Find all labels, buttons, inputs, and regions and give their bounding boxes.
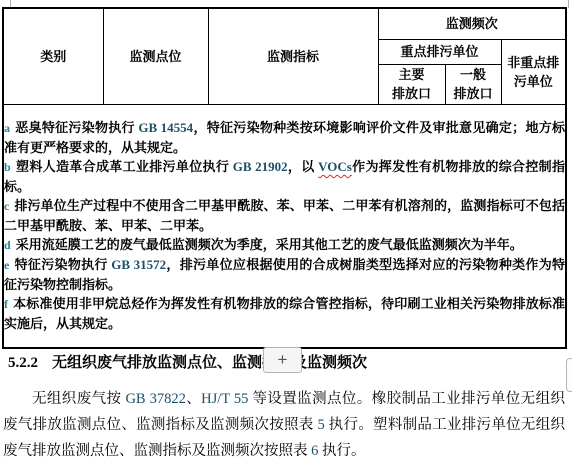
- misspelled-term: VOCs: [318, 159, 352, 174]
- header-cell-monitoring-indicator: 监测指标: [208, 8, 378, 104]
- header-cell-key-discharge-unit: 重点排污单位: [378, 39, 501, 64]
- standard-reference: GB 21902: [233, 159, 288, 174]
- footnote-b: b塑料人造革合成革工业排污单位执行 GB 21902，以 VOCs作为挥发性有机…: [4, 157, 565, 196]
- add-button[interactable]: +: [263, 347, 302, 373]
- general-outlet-line2: 排放口: [453, 86, 492, 101]
- text-segment: 特征污染物执行: [14, 257, 111, 272]
- margin-tick-right: [568, 0, 569, 8]
- standard-reference: HJ/T 55: [201, 391, 248, 407]
- partial-floating-control[interactable]: [566, 358, 572, 392]
- header-cell-monitoring-point: 监测点位: [103, 8, 208, 104]
- main-outlet-line2: 排放口: [392, 86, 431, 101]
- footnote-letter: d: [4, 238, 11, 252]
- footnote-letter: a: [4, 121, 10, 135]
- header-cell-monitoring-frequency: 监测频次: [378, 8, 566, 39]
- body-paragraph: 无组织废气按 GB 37822、HJ/T 55 等设置监测点位。橡胶制品工业排污…: [3, 386, 565, 457]
- section-title: 无组织废气排放监测点位、监测指标及监测频次: [52, 355, 367, 371]
- plus-icon: +: [278, 350, 288, 370]
- standard-reference: GB 37822: [125, 391, 185, 407]
- text-segment: ，以: [288, 159, 319, 174]
- header-cell-main-outlet: 主要排放口: [378, 64, 445, 104]
- general-outlet-line1: 一般: [460, 67, 486, 82]
- header-cell-category: 类别: [3, 8, 103, 104]
- document-page: 类别 监测点位 监测指标 监测频次 重点排污单位 非重点排污单位 主要排放口 一…: [0, 0, 572, 457]
- section-number: 5.2.2: [8, 355, 38, 371]
- standard-reference: GB 14554: [138, 120, 193, 135]
- header-cell-nonkey-discharge-unit: 非重点排污单位: [501, 39, 566, 104]
- text-segment: 执行。: [318, 443, 365, 457]
- main-outlet-line1: 主要: [398, 67, 424, 82]
- text-segment: 排污单位生产过程中不使用含二甲基甲酰胺、苯、甲苯、二甲苯有机溶剂的，监测指标可不…: [4, 198, 565, 233]
- table-footnotes-cell: a恶臭特征污染物执行 GB 14554，特征污染物种类按环境影响评价文件及审批意…: [3, 104, 566, 348]
- text-segment: 、: [186, 391, 201, 407]
- standard-reference: GB 31572: [111, 257, 166, 272]
- header-cell-general-outlet: 一般排放口: [445, 64, 501, 104]
- text-segment: 采用流延膜工艺的废气最低监测频次为季度，采用其他工艺的废气最低监测频次为半年。: [16, 237, 523, 252]
- text-segment: 无组织废气按: [32, 391, 125, 407]
- footnote-d: d采用流延膜工艺的废气最低监测频次为季度，采用其他工艺的废气最低监测频次为半年。: [4, 235, 565, 255]
- section-heading: 5.2.2无组织废气排放监测点位、监测指标及监测频次: [8, 351, 367, 372]
- footnote-e: e特征污染物执行 GB 31572，排污单位应根据使用的合成树脂类型选择对应的污…: [4, 255, 565, 294]
- footnote-c: c排污单位生产过程中不使用含二甲基甲酰胺、苯、甲苯、二甲苯有机溶剂的，监测指标可…: [4, 196, 565, 235]
- standard-reference: 5: [318, 417, 325, 433]
- footnote-a: a恶臭特征污染物执行 GB 14554，特征污染物种类按环境影响评价文件及审批意…: [4, 118, 565, 157]
- text-segment: 本标准使用非甲烷总烃作为挥发性有机物排放的综合管控指标，待印刷工业相关污染物排放…: [4, 296, 565, 331]
- text-segment: 恶臭特征污染物执行: [15, 120, 138, 135]
- text-segment: 塑料人造革合成革工业排污单位执行: [16, 159, 233, 174]
- monitoring-table: 类别 监测点位 监测指标 监测频次 重点排污单位 非重点排污单位 主要排放口 一…: [2, 7, 567, 349]
- footnote-letter: e: [4, 258, 9, 272]
- footnote-f: f本标准使用非甲烷总烃作为挥发性有机物排放的综合管控指标，待印刷工业相关污染物排…: [4, 294, 565, 333]
- footnote-letter: f: [4, 297, 8, 311]
- footnote-letter: c: [4, 199, 9, 213]
- footnote-letter: b: [4, 160, 11, 174]
